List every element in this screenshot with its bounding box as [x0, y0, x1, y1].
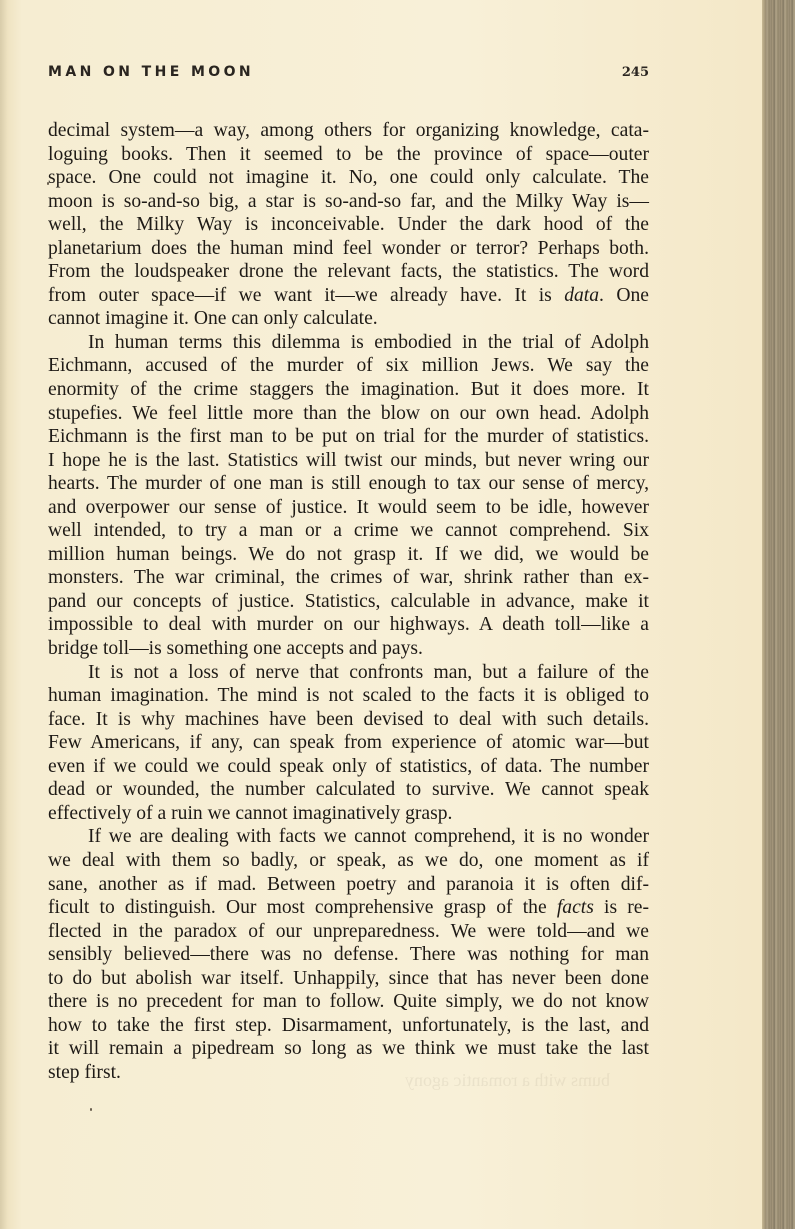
text-line: planetarium does the human mind feel won…: [48, 237, 649, 261]
text-run: is re-: [594, 897, 649, 918]
text-line: flected in the paradox of our unprepared…: [48, 920, 649, 944]
text-line: moon is so-and-so big, a star is so-and-…: [48, 190, 649, 214]
text-line: In human terms this dilemma is embodied …: [48, 331, 649, 355]
text-line: enormity of the crime staggers the imagi…: [48, 378, 649, 402]
text-line: space. One could not imagine it. No, one…: [48, 166, 649, 190]
italic-emphasis: facts: [557, 897, 594, 918]
body-text: decimal system—a way, among others for o…: [48, 119, 649, 1084]
text-line: If we are dealing with facts we cannot c…: [48, 825, 649, 849]
text-line: Eichmann, accused of the murder of six m…: [48, 354, 649, 378]
text-run: . One: [599, 285, 649, 306]
page-number: 245: [622, 65, 649, 80]
text-line: ficult to distinguish. Our most comprehe…: [48, 896, 649, 920]
show-through-text: bums with a romantic agony: [405, 1070, 610, 1091]
text-line: stupefies. We feel little more than the …: [48, 402, 649, 426]
text-line: there is no precedent for man to follow.…: [48, 990, 649, 1014]
text-line: hearts. The murder of one man is still e…: [48, 472, 649, 496]
text-line: even if we could we could speak only of …: [48, 755, 649, 779]
text-line: Eichmann is the first man to be put on t…: [48, 425, 649, 449]
text-line: and overpower our sense of justice. It w…: [48, 496, 649, 520]
text-line: dead or wounded, the number calculated t…: [48, 778, 649, 802]
text-line: Few Americans, if any, can speak from ex…: [48, 731, 649, 755]
text-line: well intended, to try a man or a crime w…: [48, 519, 649, 543]
text-line: pand our concepts of justice. Statistics…: [48, 590, 649, 614]
ink-speck: [47, 182, 49, 185]
text-line: impossible to deal with murder on our hi…: [48, 613, 649, 637]
text-line: it will remain a pipedream so long as we…: [48, 1037, 649, 1061]
text-line: we deal with them so badly, or speak, as…: [48, 849, 649, 873]
text-line: cannot imagine it. One can only calculat…: [48, 307, 649, 331]
text-line: sensibly believed—there was no defense. …: [48, 943, 649, 967]
text-line: monsters. The war criminal, the crimes o…: [48, 566, 649, 590]
text-line: to do but abolish war itself. Unhappily,…: [48, 967, 649, 991]
text-line: sane, another as if mad. Between poetry …: [48, 873, 649, 897]
text-line: From the loudspeaker drone the relevant …: [48, 260, 649, 284]
text-run: from outer space—if we want it—we alread…: [48, 285, 564, 306]
text-line: well, the Milky Way is inconceivable. Un…: [48, 213, 649, 237]
text-line: million human beings. We do not grasp it…: [48, 543, 649, 567]
text-line: It is not a loss of nerve that confronts…: [48, 661, 649, 685]
italic-emphasis: data: [564, 285, 599, 306]
text-line: effectively of a ruin we cannot imaginat…: [48, 802, 649, 826]
text-line: how to take the first step. Disarmament,…: [48, 1014, 649, 1038]
text-line: from outer space—if we want it—we alread…: [48, 284, 649, 308]
text-run: ficult to distinguish. Our most comprehe…: [48, 897, 557, 918]
running-head: MAN ON THE MOON 245: [48, 62, 649, 84]
page-stack-edge: [762, 0, 795, 1229]
text-line: human imagination. The mind is not scale…: [48, 684, 649, 708]
text-line: I hope he is the last. Statistics will t…: [48, 449, 649, 473]
ink-speck: [90, 1108, 92, 1111]
text-line: bridge toll—is something one accepts and…: [48, 637, 649, 661]
chapter-title: MAN ON THE MOON: [48, 64, 254, 80]
text-line: decimal system—a way, among others for o…: [48, 119, 649, 143]
text-line: face. It is why machines have been devis…: [48, 708, 649, 732]
book-page: MAN ON THE MOON 245 decimal system—a way…: [0, 0, 762, 1229]
text-line: loguing books. Then it seemed to be the …: [48, 143, 649, 167]
